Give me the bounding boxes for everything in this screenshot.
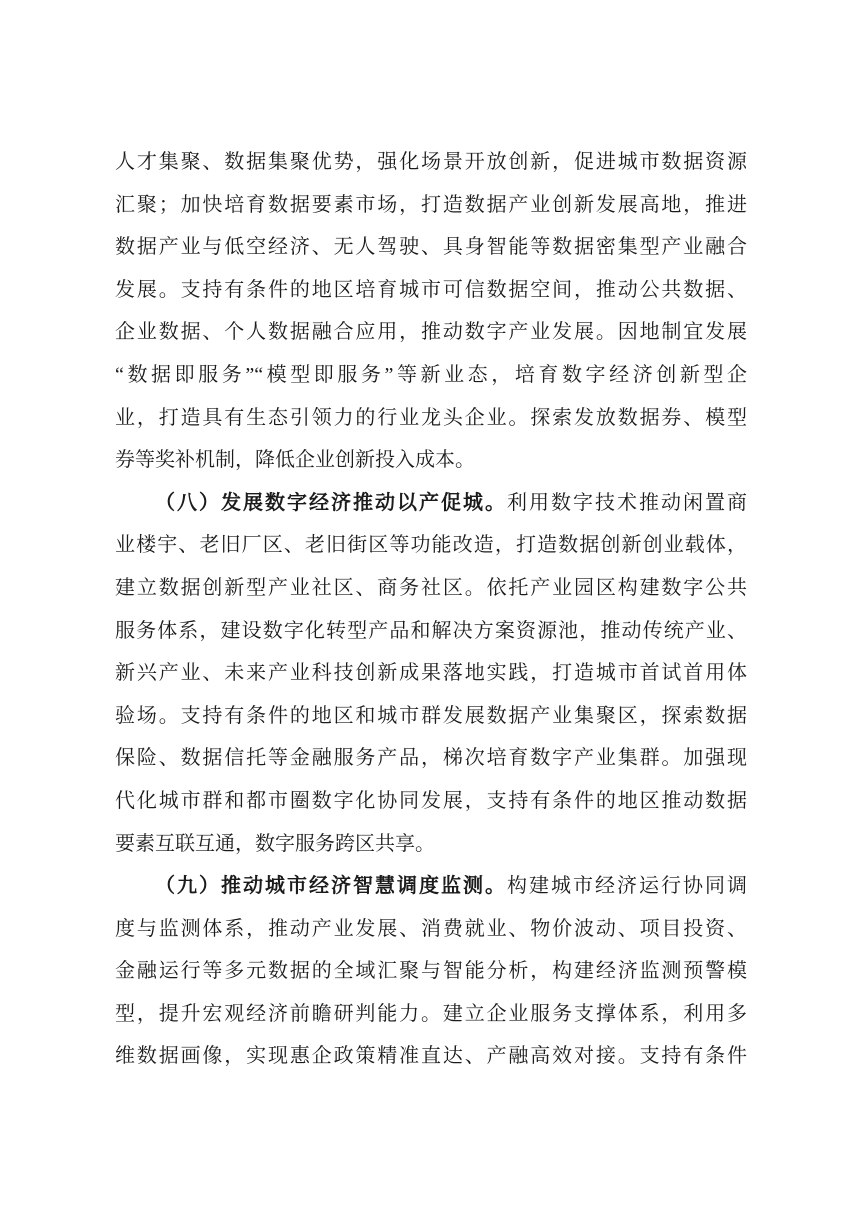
text-line: 建立数据创新型产业社区、商务社区。依托产业园区构建数字公共: [115, 567, 747, 610]
text-line: “数据即服务”“模型即服务”等新业态，培育数字经济创新型企: [115, 354, 747, 397]
text-line: 数据产业与低空经济、无人驾驶、具身智能等数据密集型产业融合: [115, 226, 747, 269]
text-line: 保险、数据信托等金融服务产品，梯次培育数字产业集群。加强现: [115, 737, 747, 780]
text-line: 人才集聚、数据集聚优势，强化场景开放创新，促进城市数据资源: [115, 141, 747, 184]
text-line: 业，打造具有生态引领力的行业龙头企业。探索发放数据券、模型: [115, 397, 747, 440]
section-heading: （九）推动城市经济智慧调度监测。: [155, 875, 507, 897]
text-line: 金融运行等多元数据的全域汇聚与智能分析，构建经济监测预警模: [115, 950, 747, 993]
paragraph-last-line: 要素互联互通，数字服务跨区共享。: [115, 823, 747, 866]
text-run: 利用数字技术推动闲置商: [507, 492, 747, 514]
text-line: 代化城市群和都市圈数字化协同发展，支持有条件的地区推动数据: [115, 780, 747, 823]
text-run: 构建城市经济运行协同调: [507, 875, 747, 897]
text-line: 新兴产业、未来产业科技创新成果落地实践，打造城市首试首用体: [115, 652, 747, 695]
paragraph-last-line: 券等奖补机制，降低企业创新投入成本。: [115, 439, 747, 482]
text-line: 企业数据、个人数据融合应用，推动数字产业发展。因地制宜发展: [115, 311, 747, 354]
text-line: 验场。支持有条件的地区和城市群发展数据产业集聚区，探索数据: [115, 695, 747, 738]
text-line: 发展。支持有条件的地区培育城市可信数据空间，推动公共数据、: [115, 269, 747, 312]
section-heading: （八）发展数字经济推动以产促城。: [155, 492, 507, 514]
text-line: 型，提升宏观经济前瞻研判能力。建立企业服务支撑体系，利用多: [115, 993, 747, 1036]
text-line: 汇聚；加快培育数据要素市场，打造数据产业创新发展高地，推进: [115, 184, 747, 227]
document-body: 人才集聚、数据集聚优势，强化场景开放创新，促进城市数据资源 汇聚；加快培育数据要…: [115, 141, 747, 1078]
text-line: 维数据画像，实现惠企政策精准直达、产融高效对接。支持有条件: [115, 1035, 747, 1078]
text-line: 业楼宇、老旧厂区、老旧街区等功能改造，打造数据创新创业载体，: [115, 524, 747, 567]
text-line: （九）推动城市经济智慧调度监测。构建城市经济运行协同调: [115, 865, 747, 908]
document-page: 人才集聚、数据集聚优势，强化场景开放创新，促进城市数据资源 汇聚；加快培育数据要…: [0, 0, 860, 1216]
text-line: （八）发展数字经济推动以产促城。利用数字技术推动闲置商: [115, 482, 747, 525]
text-line: 度与监测体系，推动产业发展、消费就业、物价波动、项目投资、: [115, 908, 747, 951]
text-line: 服务体系，建设数字化转型产品和解决方案资源池，推动传统产业、: [115, 610, 747, 653]
